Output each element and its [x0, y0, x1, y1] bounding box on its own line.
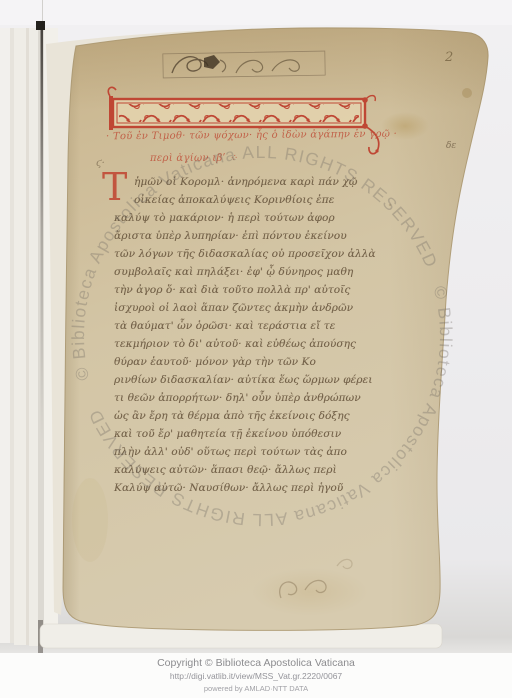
stain — [381, 112, 429, 140]
stain — [72, 478, 108, 562]
footer-powered-by: powered by AMLAD·NTT DATA — [0, 684, 512, 693]
footer-url: http://digi.vatlib.it/view/MSS_Vat.gr.22… — [0, 671, 512, 681]
vine-scroll-pattern — [119, 104, 359, 122]
manuscript-scan-viewer-page: 2 δε ϛ· · Τοῦ ἐν Τιμοθ· τῶν ψόχων· ἧς ὁ … — [0, 0, 512, 698]
ink-speck — [389, 204, 391, 206]
stain — [462, 88, 472, 98]
black-corner-marker — [36, 21, 45, 30]
stain — [252, 568, 368, 616]
footer-bar: Copyright © Biblioteca Apostolica Vatica… — [0, 653, 512, 698]
footer-copyright: Copyright © Biblioteca Apostolica Vatica… — [0, 657, 512, 669]
gutter-shadow-line — [41, 25, 44, 445]
manuscript-photo — [0, 0, 512, 698]
